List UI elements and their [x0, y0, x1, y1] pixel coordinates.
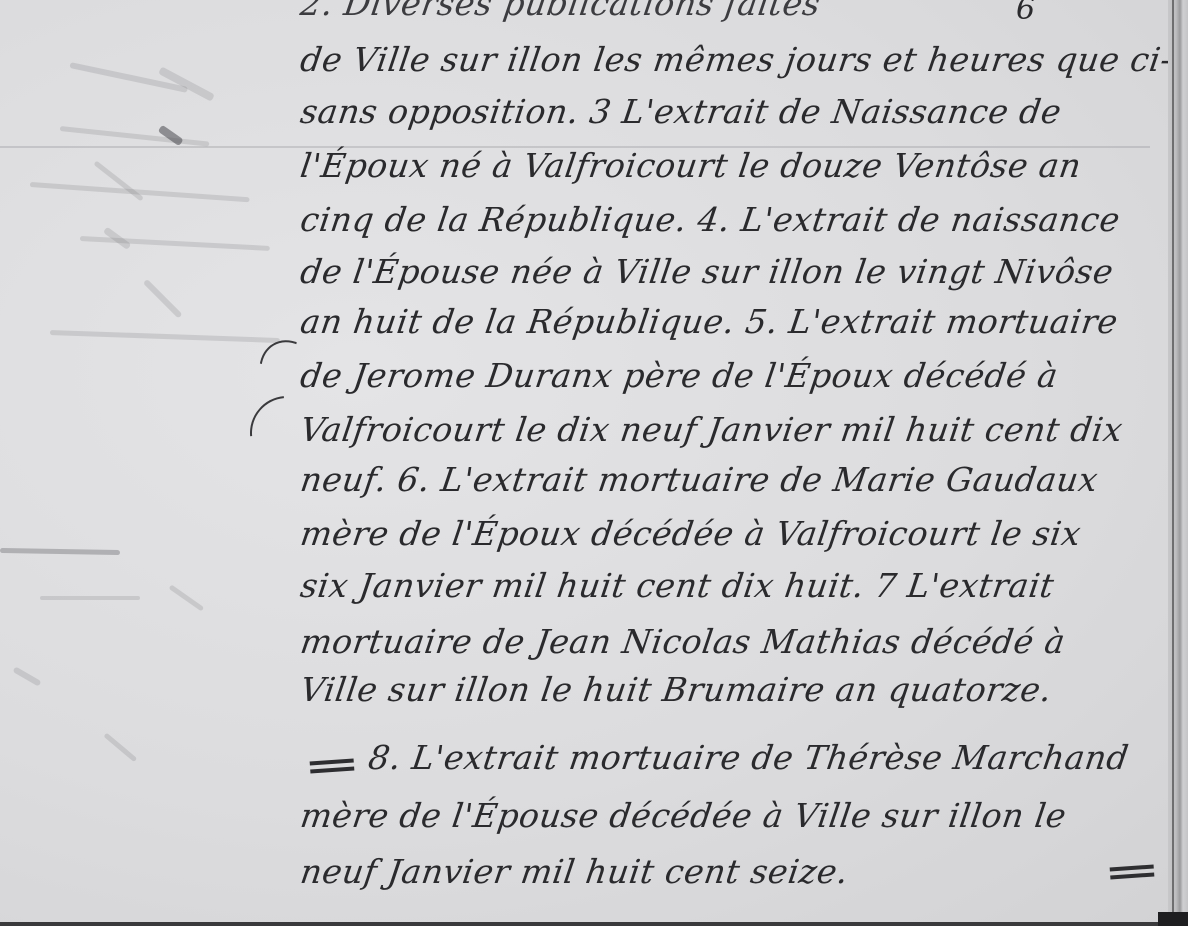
- handwritten-line-10: neuf. 6. L'extrait mortuaire de Marie Ga…: [298, 460, 1101, 499]
- handwritten-line-15: 8. L'extrait mortuaire de Thérèse Marcha…: [366, 738, 1131, 777]
- handwritten-line-14: Ville sur illon le huit Brumaire an quat…: [298, 670, 1054, 709]
- page-binding-edge: [1168, 0, 1188, 926]
- bleed-through-stroke: [0, 548, 120, 555]
- bleed-through-stroke: [103, 733, 137, 763]
- page-bottom-edge: [0, 922, 1188, 926]
- double-rule-mark: [1110, 864, 1155, 879]
- bleed-through-stroke: [93, 161, 143, 202]
- handwritten-line-6: de l'Épouse née à Ville sur illon le vin…: [298, 252, 1116, 291]
- bleed-through-stroke: [13, 666, 42, 686]
- handwritten-line-11: mère de l'Époux décédée à Valfroicourt l…: [298, 514, 1084, 553]
- handwritten-line-2: de Ville sur illon les mêmes jours et he…: [298, 40, 1188, 79]
- bleed-through-stroke: [40, 596, 140, 600]
- handwritten-line-1: 2. Diverses publications faites: [298, 0, 823, 23]
- bleed-through-stroke: [80, 236, 270, 251]
- handwritten-line-16: mère de l'Épouse décédée à Ville sur ill…: [298, 796, 1069, 835]
- double-rule-mark: [310, 758, 355, 773]
- bleed-through-stroke: [158, 125, 184, 146]
- handwritten-line-13: mortuaire de Jean Nicolas Mathias décédé…: [298, 622, 1068, 661]
- handwritten-line-5: cinq de la République. 4. L'extrait de n…: [298, 200, 1123, 239]
- bleed-through-stroke: [50, 330, 280, 343]
- handwritten-line-7: an huit de la République. 5. L'extrait m…: [298, 302, 1121, 341]
- handwritten-line-3: sans opposition. 3 L'extrait de Naissanc…: [298, 92, 1064, 131]
- page-binding-line: [1172, 0, 1174, 926]
- handwritten-line-8: de Jerome Duranx père de l'Époux décédé …: [298, 356, 1060, 395]
- handwritten-line-9: Valfroicourt le dix neuf Janvier mil hui…: [298, 410, 1125, 449]
- handwritten-line-4: l'Époux né à Valfroicourt le douze Ventô…: [298, 146, 1084, 185]
- bleed-through-stroke: [169, 584, 205, 611]
- handwritten-line-12: six Janvier mil huit cent dix huit. 7 L'…: [298, 566, 1057, 605]
- handwritten-line-17: neuf Janvier mil huit cent seize.: [298, 852, 851, 891]
- bleed-through-stroke: [143, 279, 183, 319]
- page-corner-shadow: [1158, 912, 1188, 926]
- bleed-through-stroke: [60, 126, 210, 147]
- document-page: 6 2. Diverses publications faites de Vil…: [0, 0, 1188, 926]
- page-marker: 6: [1016, 0, 1035, 27]
